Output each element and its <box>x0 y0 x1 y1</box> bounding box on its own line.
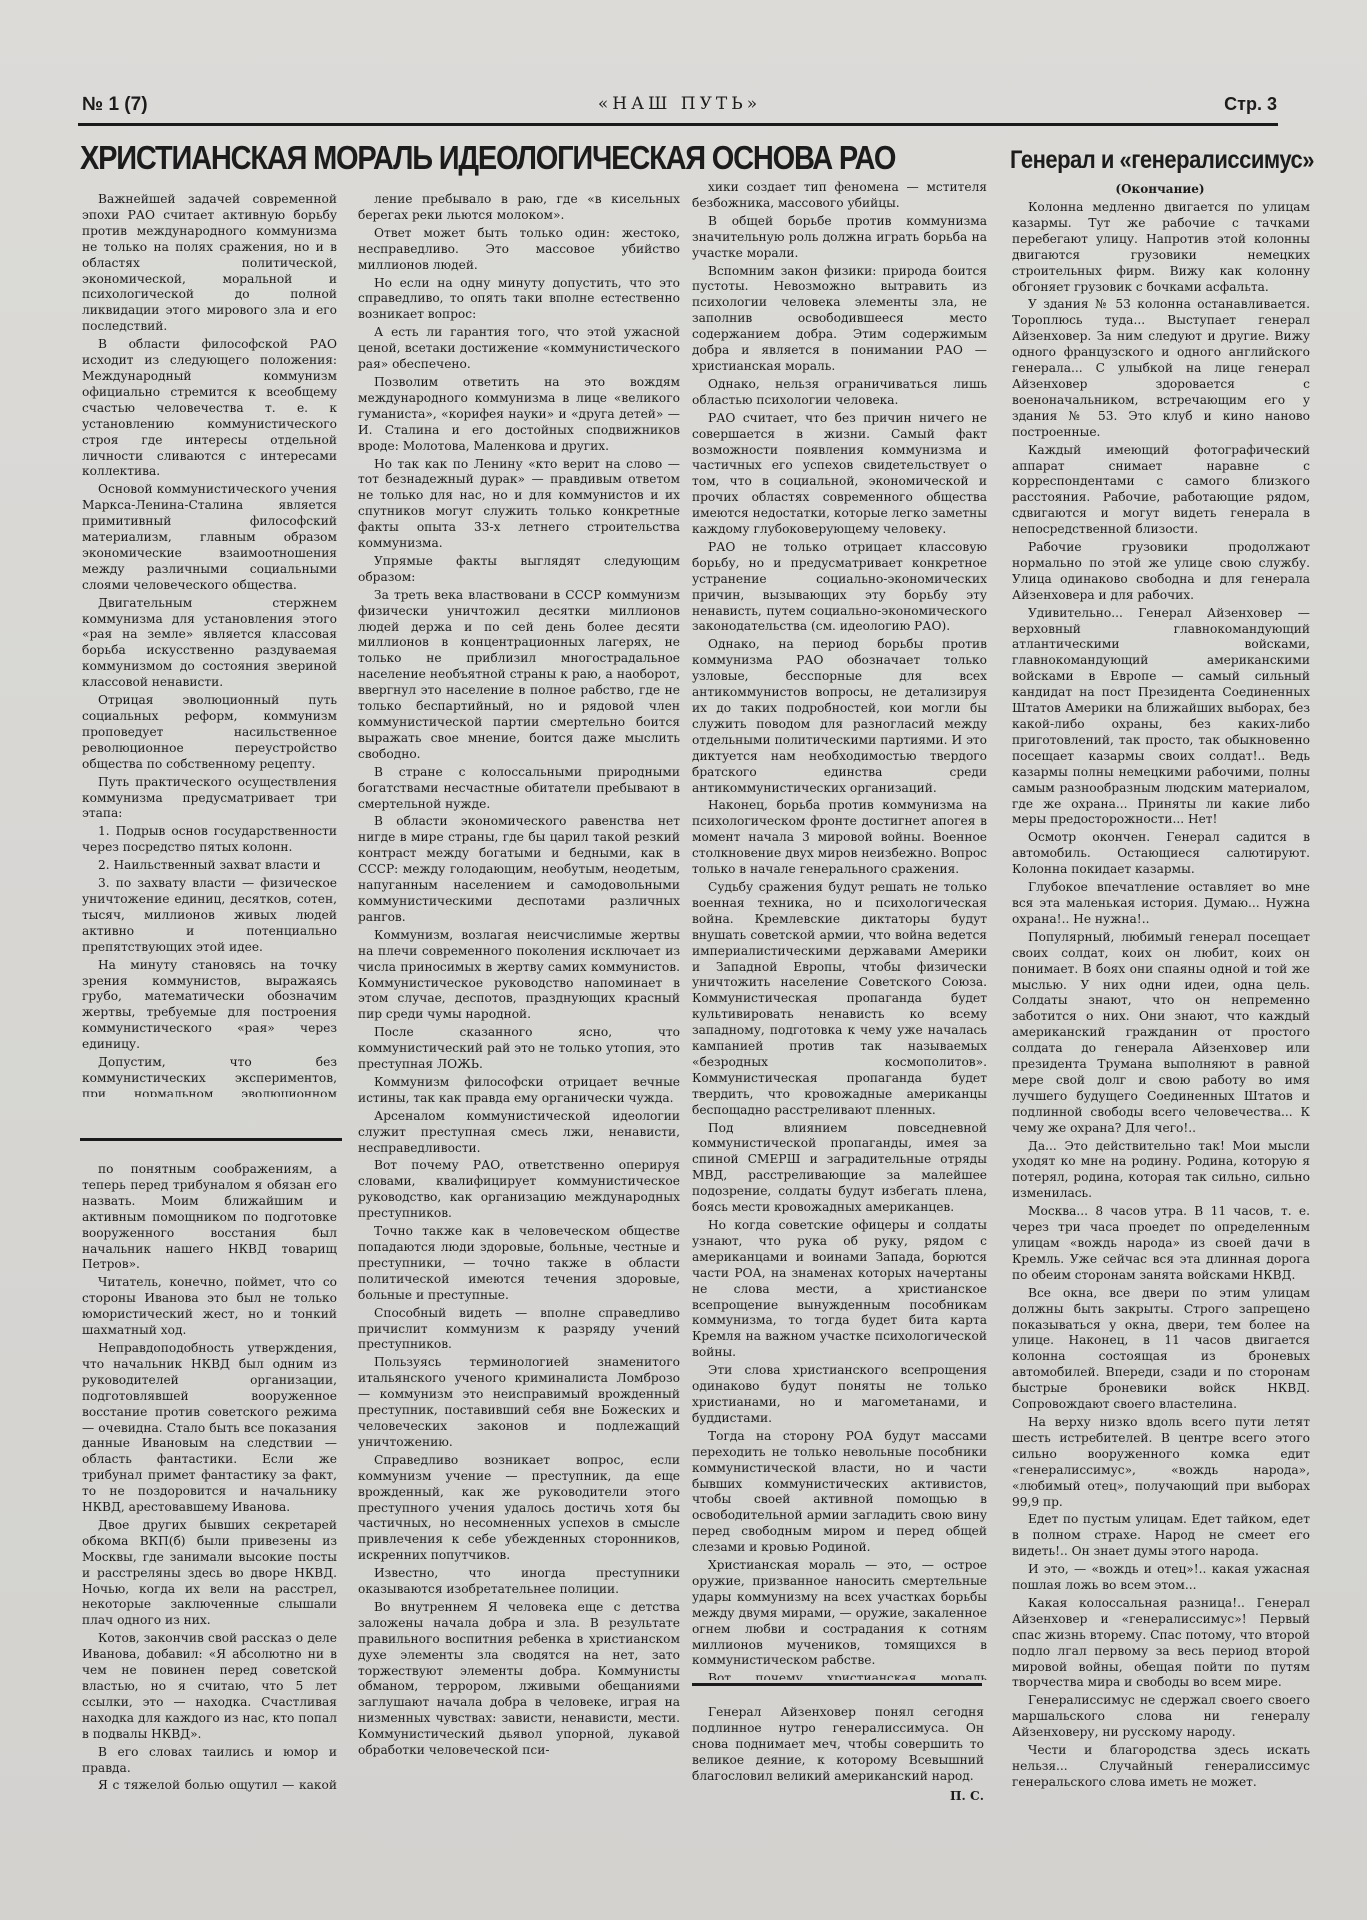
article2-column: Колонна медленно двигается по улицам каз… <box>1012 200 1310 1800</box>
paragraph: Наконец, борьба против коммунизма на пси… <box>692 798 987 878</box>
page-header: № 1 (7) «НАШ ПУТЬ» Стр. 3 <box>82 94 1277 120</box>
paragraph: Христианская мораль — это, — острое оруж… <box>692 1558 987 1669</box>
paragraph: Двое других бывших секретарей обкома ВКП… <box>82 1518 337 1629</box>
article2-subtitle: (Окончание) <box>1010 182 1310 196</box>
paragraph: И это, — «вождь и отец»!.. какая ужасная… <box>1012 1562 1310 1594</box>
column1-separator <box>80 1138 342 1141</box>
paragraph: Вот почему христианская мораль является … <box>692 1671 987 1680</box>
paragraph: Способный видеть — вполне справедливо пр… <box>358 1306 680 1354</box>
paragraph: хики создает тип феномена — мстителя без… <box>692 180 987 212</box>
paragraph: Глубокое впечатление оставляет во мне вс… <box>1012 880 1310 928</box>
paragraph: РАО не только отрицает классовую борьбу,… <box>692 540 987 635</box>
paragraph: Путь практического осуществления коммуни… <box>82 775 337 823</box>
paragraph: 3. по захвату власти — физическое уничто… <box>82 876 337 956</box>
paragraph: Осмотр окончен. Генерал садится в автомо… <box>1012 830 1310 878</box>
paragraph: ление пребывало в раю, где «в кисельных … <box>358 192 680 224</box>
paragraph: Каждый имеющий фотографический аппарат с… <box>1012 443 1310 538</box>
paragraph: Популярный, любимый генерал посещает сво… <box>1012 930 1310 1137</box>
article-continuation-column: по понятным соображениям, а теперь перед… <box>82 1162 337 1792</box>
paragraph: Генералиссимус не сдержал своего своего … <box>1012 1693 1310 1741</box>
paragraph: Основой коммунистического учения Маркса-… <box>82 482 337 593</box>
paragraph: Но так как по Ленину «кто верит на слово… <box>358 457 680 552</box>
paragraph: После сказанного ясно, что коммунистичес… <box>358 1025 680 1073</box>
paragraph: За треть века властвовани в СССР коммуни… <box>358 588 680 763</box>
paragraph: Точно также как в человеческом обществе … <box>358 1224 680 1304</box>
paragraph: Справедливо возникает вопрос, если комму… <box>358 1453 680 1564</box>
paragraph: Позволим ответить на это вождям междунар… <box>358 375 680 455</box>
paragraph: Вспомним закон физики: природа боится пу… <box>692 264 987 375</box>
paragraph: Все окна, все двери по этим улицам должн… <box>1012 1286 1310 1413</box>
paragraph: по понятным соображениям, а теперь перед… <box>82 1162 337 1273</box>
paragraph: А есть ли гарантия того, что этой ужасно… <box>358 325 680 373</box>
paragraph: Читатель, конечно, поймет, что со сторон… <box>82 1275 337 1339</box>
paragraph: Известно, что иногда преступники оказыва… <box>358 1566 680 1598</box>
article1-column-3: хики создает тип феномена — мстителя без… <box>692 180 987 1680</box>
author-signature: П. С. <box>692 1789 984 1805</box>
paragraph: Удивительно... Генерал Айзенховер — верх… <box>1012 606 1310 829</box>
paragraph: Коммунизм, возлагая неисчислимые жертвы … <box>358 928 680 1023</box>
paragraph: Пользуясь терминологией знаменитого итал… <box>358 1355 680 1450</box>
paragraph: Ответ может быть только один: жестоко, н… <box>358 226 680 274</box>
paragraph: У здания № 53 колонна останавливается. Т… <box>1012 297 1310 440</box>
paragraph: Судьбу сражения будут решать не только в… <box>692 880 987 1119</box>
paragraph: Да... Это действительно так! Мои мысли у… <box>1012 1139 1310 1203</box>
sidebar-note: Генерал Айзенховер понял сегодня подлинн… <box>692 1705 984 1815</box>
paragraph: Отрицая эволюционный путь социальных реф… <box>82 693 337 773</box>
newspaper-page: № 1 (7) «НАШ ПУТЬ» Стр. 3 ХРИСТИАНСКАЯ М… <box>0 0 1367 1920</box>
paragraph: Котов, закончив свой рассказ о деле Иван… <box>82 1631 337 1742</box>
paragraph: Едет по пустым улицам. Едет тайком, едет… <box>1012 1512 1310 1560</box>
paragraph: Коммунизм философски отрицает вечные ист… <box>358 1075 680 1107</box>
paragraph: Двигательным стержнем коммунизма для уст… <box>82 596 337 691</box>
paragraph: Арсеналом коммунистической идеологии слу… <box>358 1109 680 1157</box>
paragraph: Вот почему РАО, ответственно оперируя сл… <box>358 1158 680 1222</box>
paragraph: Москва... 8 часов утра. В 11 часов, т. е… <box>1012 1204 1310 1284</box>
paragraph: Колонна медленно двигается по улицам каз… <box>1012 200 1310 295</box>
newspaper-title: «НАШ ПУТЬ» <box>82 94 1277 114</box>
header-rule <box>78 123 1278 126</box>
paragraph: Однако, на период борьбы против коммуниз… <box>692 637 987 796</box>
paragraph: Генерал Айзенховер понял сегодня подлинн… <box>692 1705 984 1785</box>
paragraph: В стране с колоссальными природными бога… <box>358 765 680 813</box>
paragraph: 1. Подрыв основ государственности через … <box>82 824 337 856</box>
paragraph: 2. Наильственный захват власти и <box>82 858 337 874</box>
paragraph: На минуту становясь на точку зрения комм… <box>82 958 337 1053</box>
paragraph: В области философской РАО исходит из сле… <box>82 337 337 480</box>
paragraph: В его словах таились и юмор и правда. <box>82 1745 337 1777</box>
paragraph: Во внутреннем Я человека еще с детства з… <box>358 1600 680 1759</box>
paragraph: Я с тяжелой болью ощутил — какой жестоко… <box>82 1778 337 1792</box>
article2-headline: Генерал и «генералиссимус» <box>1010 145 1310 175</box>
paragraph: Но когда советские офицеры и солдаты узн… <box>692 1218 987 1361</box>
article1-column-2: ление пребывало в раю, где «в кисельных … <box>358 192 680 1812</box>
paragraph: Допустим, что без коммунистических экспе… <box>82 1055 337 1097</box>
paragraph: Рабочие грузовики продолжают нормально п… <box>1012 540 1310 604</box>
paragraph: Однако, нельзя ограничиваться лишь облас… <box>692 377 987 409</box>
column3-separator <box>692 1683 982 1686</box>
paragraph: Но если на одну минуту допустить, что эт… <box>358 276 680 324</box>
paragraph: Эти слова христианского всепрощения один… <box>692 1363 987 1427</box>
article1-column-1: Важнейшей задачей современной эпохи РАО … <box>82 192 337 1097</box>
paragraph: Под влиянием повседневной коммунистическ… <box>692 1121 987 1216</box>
paragraph: Какая колоссальная разница!.. Генерал Ай… <box>1012 1596 1310 1691</box>
paragraph: Неправдоподобность утверждения, что нача… <box>82 1341 337 1516</box>
page-number: Стр. 3 <box>1224 94 1277 115</box>
article1-headline: ХРИСТИАНСКАЯ МОРАЛЬ ИДЕОЛОГИЧЕСКАЯ ОСНОВ… <box>80 140 670 178</box>
paragraph: Тогда на сторону РОА будут массами перех… <box>692 1429 987 1556</box>
paragraph: На верху низко вдоль всего пути летят ше… <box>1012 1415 1310 1510</box>
paragraph: В области экономического равенства нет н… <box>358 814 680 925</box>
paragraph: РАО считает, что без причин ничего не со… <box>692 411 987 538</box>
paragraph: Упрямые факты выглядят следующим образом… <box>358 554 680 586</box>
paragraph: В общей борьбе против коммунизма значите… <box>692 214 987 262</box>
paragraph: Важнейшей задачей современной эпохи РАО … <box>82 192 337 335</box>
paragraph: Чести и благородства здесь искать нельзя… <box>1012 1743 1310 1791</box>
